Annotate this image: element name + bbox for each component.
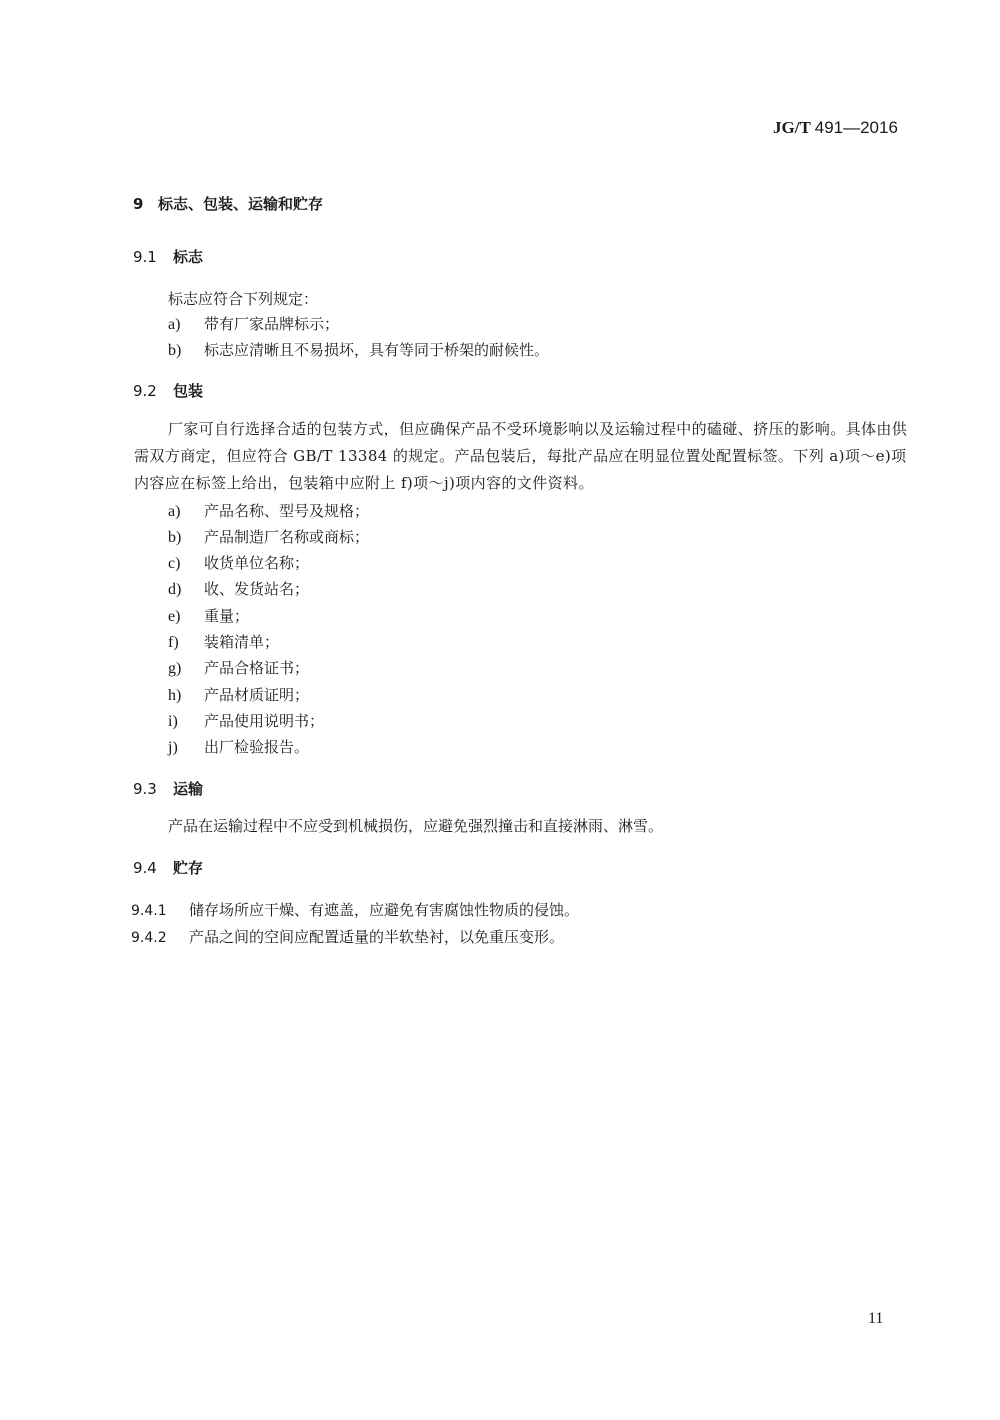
- section-9-3-paragraph: 产品在运输过程中不应受到机械损伤，应避免强烈撞击和直接淋雨、淋雪。: [168, 815, 663, 836]
- subclause-9-4-1: 9.4.1储存场所应干燥、有遮盖，应避免有害腐蚀性物质的侵蚀。: [131, 899, 579, 920]
- section-9-1-intro: 标志应符合下列规定：: [168, 288, 318, 309]
- list-item: g)产品合格证书；: [168, 657, 309, 678]
- list-item: b)产品制造厂名称或商标；: [168, 526, 369, 547]
- list-item: d)收、发货站名；: [168, 578, 309, 599]
- section-9-3-heading: 9.3运输: [133, 778, 203, 799]
- list-item: a)带有厂家品牌标示；: [168, 313, 339, 334]
- section-9-4-heading: 9.4贮存: [133, 857, 203, 878]
- list-item: i)产品使用说明书；: [168, 710, 324, 731]
- section-9-1-heading: 9.1标志: [133, 246, 203, 267]
- list-item: f)装箱清单；: [168, 631, 279, 652]
- list-item: a)产品名称、型号及规格；: [168, 500, 369, 521]
- list-item: b)标志应清晰且不易损坏，具有等同于桥架的耐候性。: [168, 339, 549, 360]
- standard-prefix: JG/T: [773, 118, 810, 137]
- list-item: e)重量；: [168, 605, 249, 626]
- section-9-2-heading: 9.2包装: [133, 380, 203, 401]
- list-item: h)产品材质证明；: [168, 684, 309, 705]
- standard-code: JG/T 491—2016: [773, 118, 898, 138]
- list-item: c)收货单位名称；: [168, 552, 309, 573]
- list-item: j)出厂检验报告。: [168, 736, 309, 757]
- standard-number: 491—2016: [815, 118, 898, 137]
- section-9-2-paragraph: 厂家可自行选择合适的包装方式，但应确保产品不受环境影响以及运输过程中的磕碰、挤压…: [134, 416, 914, 497]
- page-number: 11: [868, 1310, 883, 1328]
- subclause-9-4-2: 9.4.2产品之间的空间应配置适量的半软垫衬，以免重压变形。: [131, 926, 564, 947]
- section-9-heading: 9标志、包装、运输和贮存: [133, 193, 323, 214]
